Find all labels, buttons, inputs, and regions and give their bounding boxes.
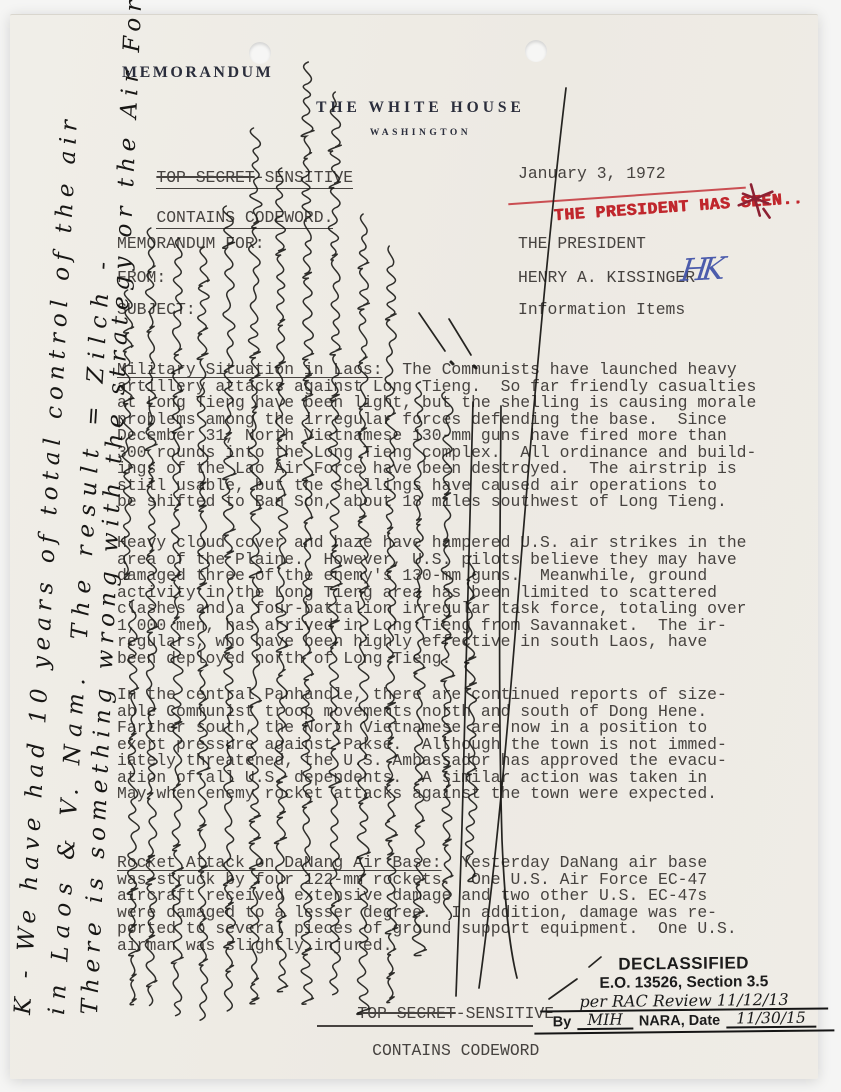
memorandum-label: MEMORANDUM [122, 64, 273, 82]
footer-classification-line1: TOP SECRET-SENSITIVE [357, 1004, 554, 1023]
recipient-line: THE PRESIDENT [518, 236, 646, 253]
classification-line1: TOP SECRET-SENSITIVE [156, 168, 353, 189]
sender-line: HENRY A. KISSINGER [518, 270, 695, 287]
declassified-by-row: By MIH NARA, Date 11/30/15 [534, 1009, 834, 1034]
memo-paragraph-laos: Military Situation in Laos: The Communis… [117, 362, 807, 511]
punch-hole-right [525, 40, 547, 62]
memo-paragraph-panhandle: In the central Panhandle, there are cont… [117, 687, 807, 803]
memo-for-label: MEMORANDUM FOR: [117, 236, 265, 253]
subject-value: Information Items [518, 302, 685, 319]
reviewer-initials: MIH [577, 1013, 633, 1031]
declassified-stamp: DECLASSIFIED E.O. 13526, Section 3.5 per… [534, 952, 835, 1034]
classification-struck-text: TOP SECRET [156, 168, 254, 187]
classification-footer: TOP SECRET-SENSITIVE CONTAINS CODEWORD [318, 986, 554, 1079]
handwritten-star-mark [733, 179, 777, 228]
classification-line2: CONTAINS CODEWORD. [156, 208, 333, 229]
punch-hole-left [249, 42, 271, 64]
by-label: By [553, 1015, 572, 1030]
nara-date-label: NARA, Date [639, 1014, 721, 1030]
memo-paragraph-cloud-cover: Heavy cloud cover and haze have hampered… [117, 535, 807, 667]
declass-date: 11/30/15 [726, 1011, 816, 1029]
footer-classification-line2: CONTAINS CODEWORD [372, 1041, 539, 1060]
scanned-memo-page: MEMORANDUM THE WHITE HOUSE WASHINGTON TO… [0, 0, 841, 1092]
footer-underline [317, 1025, 533, 1027]
classification-rest-text: -SENSITIVE [255, 168, 353, 187]
memo-paragraph-danang: Rocket Attack on DaNang Air Base: Yester… [117, 855, 807, 954]
footer-struck-text: TOP SECRET [357, 1004, 455, 1023]
kissinger-initials: HK [679, 251, 722, 289]
